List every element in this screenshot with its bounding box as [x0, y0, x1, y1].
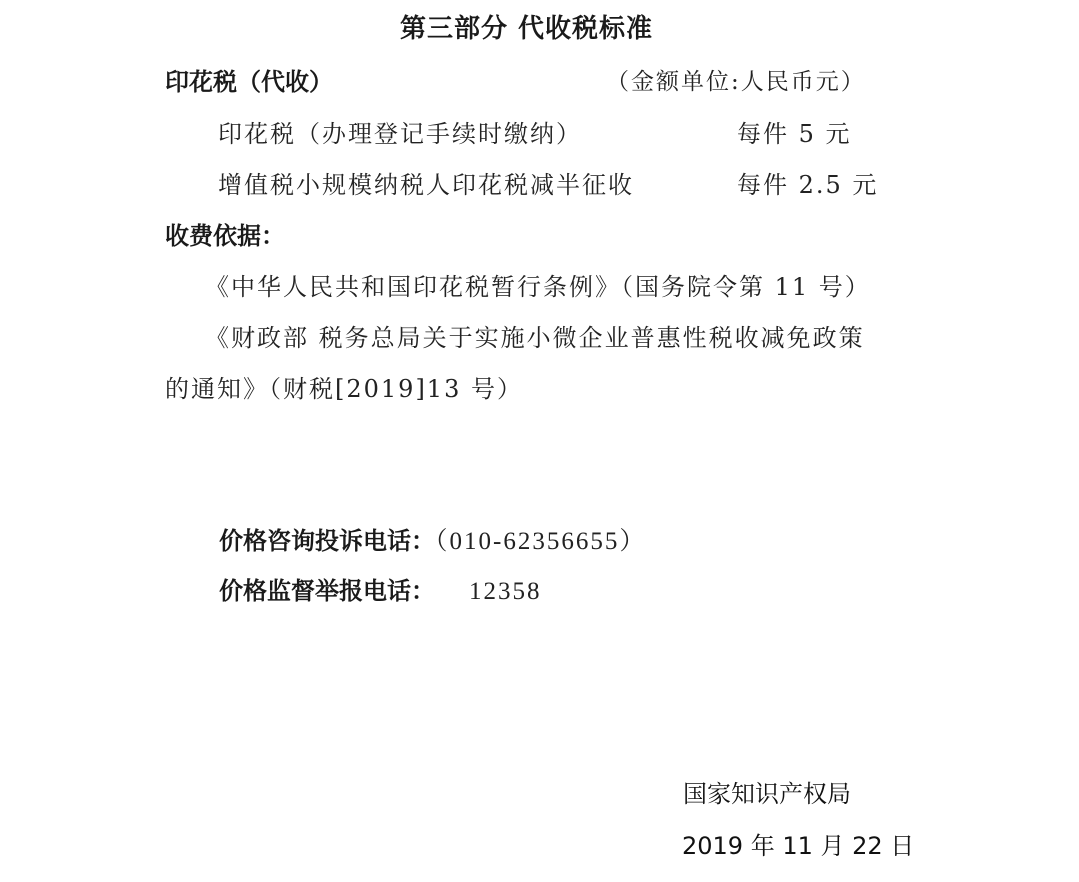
fee-basis-heading: 收费依据： — [165, 216, 285, 251]
price-inquiry-line: 价格咨询投诉电话：（010-62356655） — [219, 521, 646, 557]
fee-item-amount: 每件 5 元 — [737, 114, 852, 149]
citation: 《财政部 税务总局关于实施小微企业普惠性税收减免政策 — [205, 318, 865, 353]
fee-item-label: 印花税（办理登记手续时缴纳） — [218, 114, 582, 149]
price-supervision-line: 价格监督举报电话：12358 — [219, 571, 542, 606]
stamp-tax-heading: 印花税（代收） — [165, 62, 333, 97]
price-supervision-label: 价格监督举报电话： — [219, 577, 435, 605]
issuer-name: 国家知识产权局 — [683, 774, 851, 809]
fee-item-amount: 每件 2.5 元 — [737, 165, 878, 200]
price-supervision-number: 12358 — [469, 578, 542, 605]
citation-continuation: 的通知》（财税[2019]13 号） — [165, 369, 523, 404]
fee-item-label: 增值税小规模纳税人印花税减半征收 — [218, 165, 634, 200]
currency-unit-note: （金额单位:人民币元） — [606, 63, 866, 96]
price-inquiry-label: 价格咨询投诉电话： — [219, 527, 435, 555]
page-title: 第三部分 代收税标准 — [400, 8, 653, 45]
issue-date: 2019 年 11 月 22 日 — [682, 826, 914, 861]
price-inquiry-number: （010-62356655） — [435, 528, 646, 555]
citation: 《中华人民共和国印花税暂行条例》（国务院令第 11 号） — [205, 267, 871, 302]
